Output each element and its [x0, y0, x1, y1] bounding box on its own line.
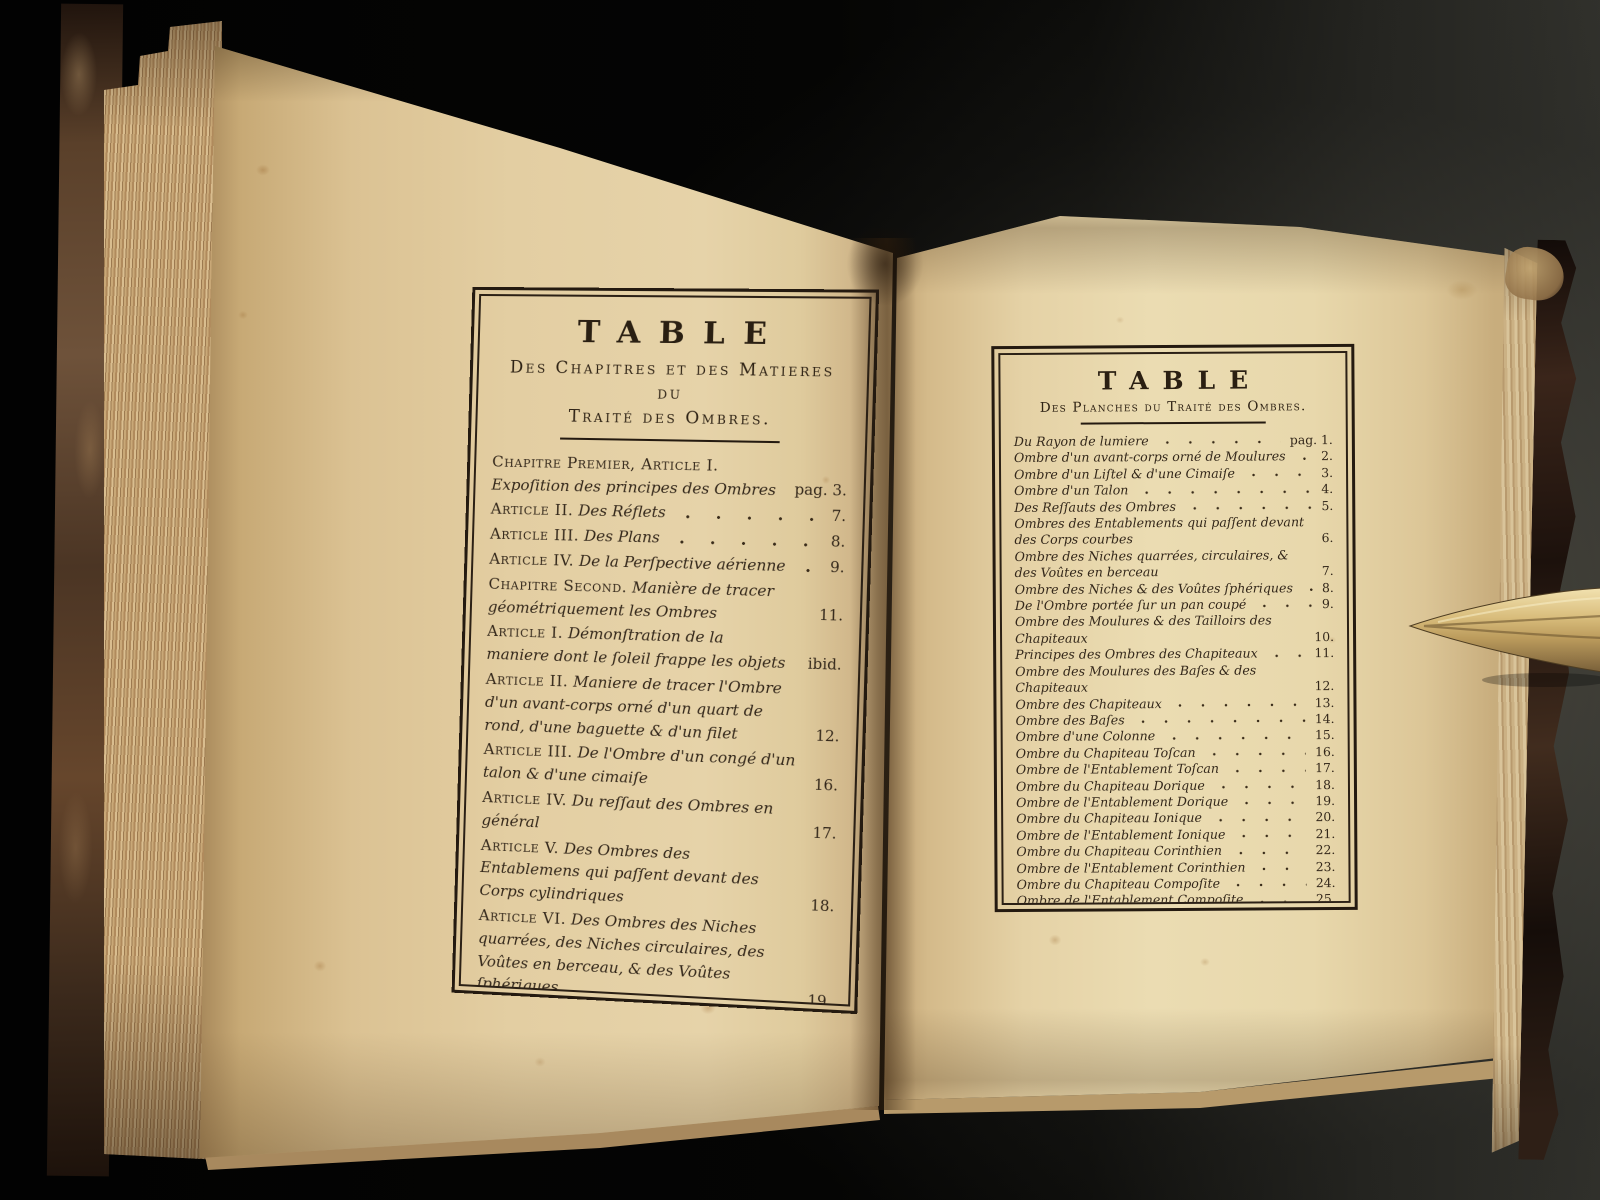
entry-label: Article IV.: [482, 788, 567, 809]
entry-page-number: 9.: [1320, 596, 1334, 612]
chapter-entries-list: Chapitre Premier, Article I. Expoſition …: [473, 450, 848, 1006]
entry-label: Article III.: [490, 525, 580, 545]
toc-entry: Ombre d'une Colonne 15.: [1016, 727, 1335, 745]
entry-text: Ombre d'un avant-corps orné de Moulures: [1014, 449, 1286, 466]
toc-entry: Chapitre Premier, Article I. Expoſition …: [491, 450, 848, 503]
entry-text: Ombre de l'Entablement Corinthien: [1016, 859, 1245, 875]
entry-label: Article II.: [491, 500, 574, 520]
toc-entry: Ombre du Chapiteau Corinthien 22.: [1016, 842, 1335, 860]
toc-entry: Ombre d'un Liſtel & d'une Cimaiſe 3.: [1014, 465, 1333, 483]
entry-text: Ombres des Entablements qui paſſent deva…: [1014, 514, 1304, 547]
right-table-subtitle: Des Planches du Traité des Ombres.: [1014, 398, 1333, 416]
dot-leader: [1253, 597, 1313, 613]
entry-page-number: 23.: [1314, 859, 1336, 876]
entry-label: Chapitre Premier, Article I.: [492, 452, 719, 474]
entry-page-number: 24.: [1314, 875, 1336, 892]
left-table-title: TABLE: [514, 314, 853, 353]
right-table-inner-frame: TABLE Des Planches du Traité des Ombres.…: [998, 351, 1350, 905]
toc-entry: Ombre de l'Entablement Compoſite 25.: [1017, 891, 1336, 905]
toc-entry: Ombre des Baſes 14.: [1016, 711, 1335, 729]
dot-leader: [1252, 859, 1306, 875]
toc-entry: Ombre d'un avant-corps orné de Moulures …: [1014, 448, 1333, 466]
entry-text: Ombre des Chapiteaux: [1015, 696, 1161, 712]
entry-text: Ombre des Moulures des Baſes & des Chapi…: [1015, 662, 1256, 695]
entry-text: Ombre du Chapiteau Toſcan: [1016, 745, 1196, 761]
entry-page-number: pag. 1.: [1288, 432, 1333, 449]
dot-leader: [804, 777, 805, 796]
entry-page-number: 19.: [1313, 793, 1335, 810]
dot-leader: [1132, 712, 1306, 729]
entry-text: Principes des Ombres des Chapiteaux: [1015, 646, 1258, 662]
entry-page-number: 17.: [810, 823, 837, 847]
book-photo: TABLE Des Chapitres et des Matieres du T…: [0, 0, 1600, 1200]
entry-page-number: 14.: [1313, 711, 1335, 728]
dot-leader: [672, 506, 822, 528]
toc-entry: Ombre des Moulures des Baſes & des Chapi…: [1015, 662, 1334, 697]
dot-leader: [1169, 695, 1306, 712]
entry-page-number: 16.: [812, 774, 839, 798]
plate-entries-list: Du Rayon de lumiere pag. 1. Ombre d'un a…: [1014, 432, 1336, 905]
entry-page-number: 7.: [1320, 563, 1334, 579]
dot-leader: [1227, 876, 1307, 892]
dot-leader: [1229, 843, 1307, 859]
entry-page-number: 20.: [1313, 809, 1335, 826]
dot-leader: [1235, 794, 1306, 810]
dot-leader: [667, 531, 822, 554]
dot-leader: [1250, 892, 1307, 905]
entry-text: Ombre de l'Entablement Ionique: [1016, 826, 1225, 842]
dot-leader: [1226, 761, 1306, 777]
entry-page-number: 9.: [828, 556, 845, 579]
entry-label: Article II.: [486, 670, 569, 691]
dot-leader: [1203, 745, 1307, 761]
title-rule: [560, 437, 780, 443]
entry-text: Ombre d'une Colonne: [1016, 728, 1156, 744]
left-table-subtitle-1: Des Chapitres et des Matieres du: [494, 355, 851, 408]
entry-label: Article V.: [481, 835, 560, 856]
entry-page-number: 8.: [828, 531, 845, 554]
entry-page-number: 12.: [813, 726, 840, 749]
toc-entry: Ombre d'un Talon 4.: [1014, 481, 1333, 499]
dot-leader: [806, 729, 807, 748]
left-table-frame: TABLE Des Chapitres et des Matieres du T…: [452, 287, 880, 1014]
toc-entry: Ombre des Chapiteaux 13.: [1015, 695, 1334, 713]
entry-text: Ombre du Chapiteau Compoſite: [1017, 876, 1221, 892]
entry-page-number: 22.: [1314, 842, 1336, 859]
entry-page-number: 25.: [1314, 891, 1336, 905]
entry-page-number: 11.: [817, 605, 844, 628]
entry-page-number: 18.: [1313, 777, 1335, 794]
dot-leader: [1209, 810, 1307, 826]
toc-entry: Ombre des Niches quarrées, circulaires, …: [1015, 547, 1334, 582]
entry-page-number: ibid.: [805, 653, 842, 677]
entry-text: Ombre du Chapiteau Corinthien: [1016, 843, 1222, 859]
entry-text: Du Rayon de lumiere: [1014, 433, 1149, 449]
dot-leader: [803, 826, 804, 845]
toc-entry: Article VI. Des Ombres des Niches quarré…: [476, 904, 833, 1007]
dot-leader: [785, 483, 786, 502]
dot-leader: [1300, 580, 1313, 596]
toc-entry: De l'Ombre portée ſur un pan coupé 9.: [1015, 596, 1334, 614]
dot-leader: [798, 993, 799, 1007]
entry-page-number: 15.: [1313, 727, 1335, 744]
dot-leader: [1212, 777, 1307, 793]
toc-entry: Ombre du Chapiteau Compoſite 24.: [1017, 875, 1336, 893]
entry-label: Chapitre Second.: [488, 574, 627, 596]
entry-page-number: 13.: [1313, 695, 1335, 712]
entry-text: Des Plans: [584, 527, 660, 547]
entry-page-number: 6.: [1320, 530, 1334, 546]
entry-label: Article IV.: [489, 550, 574, 570]
toc-entry: Chapitre Second. Manière de tracer géomé…: [488, 572, 845, 628]
toc-entry: Principes des Ombres des Chapiteaux 11.: [1015, 645, 1334, 663]
entry-text: Ombre des Baſes: [1016, 712, 1125, 728]
entry-page-number: 2.: [1319, 448, 1333, 464]
entry-text: Ombre de l'Entablement Dorique: [1016, 794, 1228, 810]
entry-text: Ombre des Moulures & des Tailloirs des C…: [1015, 613, 1272, 646]
entry-page-number: 18.: [808, 895, 835, 919]
toc-entry: Ombre du Chapiteau Dorique 18.: [1016, 777, 1335, 795]
entry-text: Ombre du Chapiteau Ionique: [1016, 810, 1202, 826]
right-table-frame: TABLE Des Planches du Traité des Ombres.…: [991, 344, 1357, 912]
entry-text: Ombre d'un Talon: [1014, 482, 1128, 498]
toc-entry: Ombre de l'Entablement Dorique 19.: [1016, 793, 1335, 811]
left-table-subtitle-2: Traité des Ombres.: [493, 403, 849, 433]
dot-leader: [801, 898, 802, 917]
dot-leader: [1293, 449, 1313, 465]
entry-text: Ombre du Chapiteau Dorique: [1016, 777, 1205, 793]
toc-entry: Ombre de l'Entablement Toſcan 17.: [1016, 760, 1335, 778]
brass-page-turner-tool: [1396, 574, 1600, 692]
entry-page-number: 21.: [1313, 826, 1335, 843]
toc-entry: Ombre du Chapiteau Toſcan 16.: [1016, 744, 1335, 762]
dot-leader: [1242, 466, 1312, 482]
entry-text: De l'Ombre portée ſur un pan coupé: [1015, 597, 1247, 613]
right-table-title: TABLE: [1027, 365, 1332, 396]
toc-entry: Ombre du Chapiteau Ionique 20.: [1016, 809, 1335, 827]
toc-entry: Des Reſſauts des Ombres 5.: [1014, 498, 1333, 516]
toc-entry: Du Rayon de lumiere pag. 1.: [1014, 432, 1333, 450]
entry-page-number: 12.: [1313, 678, 1335, 695]
entry-page-number: 5.: [1319, 498, 1333, 514]
dot-leader: [1232, 827, 1306, 843]
entry-label: Article I.: [487, 622, 564, 642]
entry-text: Ombre de l'Entablement Toſcan: [1016, 761, 1219, 777]
dot-leader: [1265, 646, 1306, 662]
toc-entry: Ombre de l'Entablement Ionique 21.: [1016, 826, 1335, 844]
entry-page-number: 7.: [829, 506, 846, 529]
entry-page-number: pag. 3.: [792, 480, 847, 504]
dot-leader: [1162, 728, 1306, 745]
dot-leader: [1183, 498, 1313, 515]
tool-shadow: [1482, 673, 1600, 687]
entry-page-number: 8.: [1320, 580, 1334, 596]
dot-leader: [809, 608, 810, 627]
dot-leader: [792, 559, 820, 579]
entry-text: De la Perſpective aérienne: [579, 552, 786, 575]
title-rule: [1081, 421, 1266, 424]
entry-page-number: 17.: [1313, 760, 1335, 777]
entry-page-number: 10.: [1312, 629, 1334, 646]
toc-entry: Ombre des Niches & des Voûtes ſphériques…: [1015, 580, 1334, 598]
entry-text: Ombre d'un Liſtel & d'une Cimaiſe: [1014, 465, 1235, 481]
toc-entry: Article I. Démonſtration de la maniere d…: [486, 620, 843, 677]
entry-text: Ombre des Niches & des Voûtes ſphériques: [1015, 580, 1293, 597]
entry-text: Ombre de l'Entablement Compoſite: [1017, 892, 1244, 905]
toc-entry: Ombre de l'Entablement Corinthien 23.: [1016, 859, 1335, 877]
entry-page-number: 16.: [1313, 744, 1335, 761]
entry-page-number: 19.: [805, 990, 832, 1007]
toc-entry: Ombres des Entablements qui paſſent deva…: [1014, 514, 1333, 549]
entry-text: Des Réflets: [578, 502, 666, 522]
entry-label: Article III.: [483, 740, 573, 761]
entry-label: Article VI.: [479, 906, 567, 928]
dot-leader: [1135, 482, 1312, 499]
dot-leader: [798, 656, 799, 675]
entry-page-number: 3.: [1319, 465, 1333, 481]
toc-entry: Ombre des Moulures & des Tailloirs des C…: [1015, 612, 1334, 647]
left-table-inner-frame: TABLE Des Chapitres et des Matieres du T…: [459, 294, 872, 1007]
entry-text: Expoſition des principes des Ombres: [491, 475, 776, 499]
entry-text: Des Reſſauts des Ombres: [1014, 499, 1176, 515]
entry-page-number: 4.: [1319, 481, 1333, 497]
dot-leader: [1156, 433, 1281, 450]
entry-page-number: 11.: [1312, 645, 1334, 662]
entry-text: Ombre des Niches quarrées, circulaires, …: [1015, 547, 1289, 580]
toc-entry: Article II. Maniere de tracer l'Ombre d'…: [484, 668, 841, 749]
